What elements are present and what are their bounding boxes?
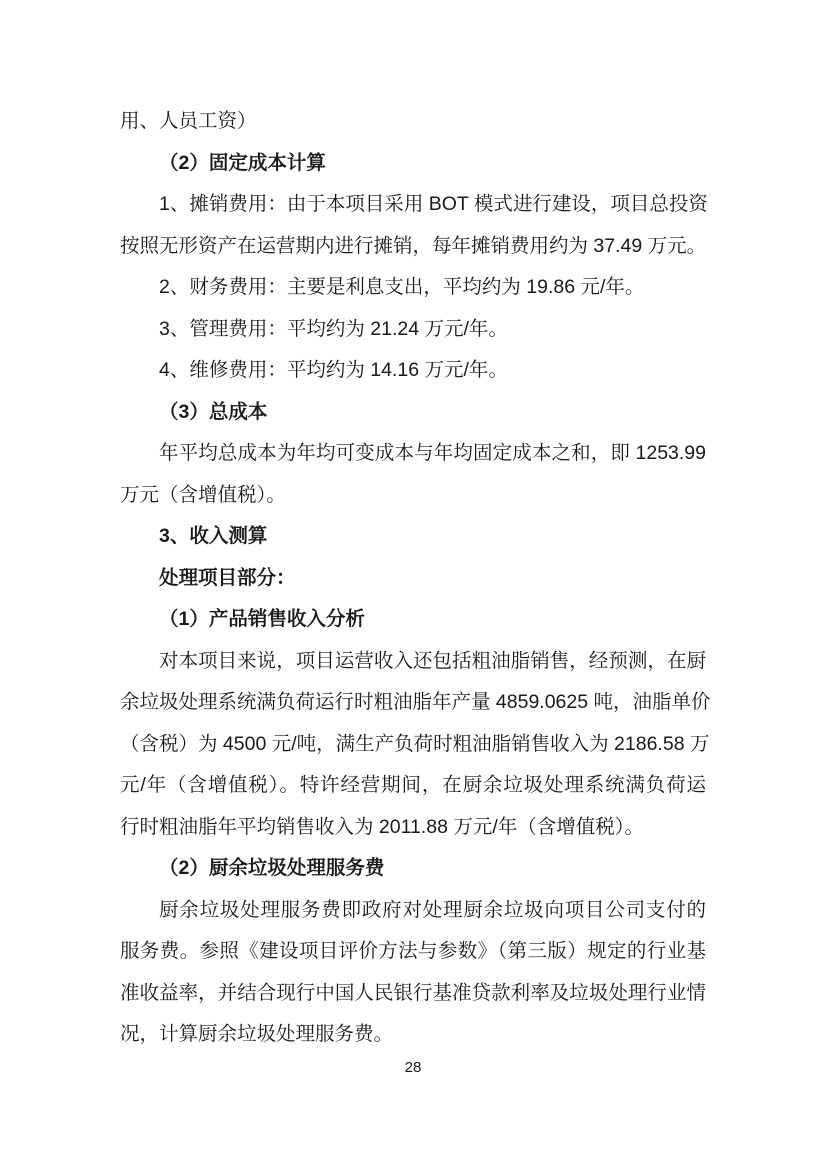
heading-line: 3、收入测算 <box>120 516 706 558</box>
body-line: 厨余垃圾处理服务费即政府对处理厨余垃圾向项目公司支付的 <box>120 890 706 932</box>
body-line: 对本项目来说，项目运营收入还包括粗油脂销售，经预测，在厨 <box>120 641 706 683</box>
body-line: 况，计算厨余垃圾处理服务费。 <box>120 1014 706 1056</box>
body-line: 准收益率，并结合现行中国人民银行基准贷款利率及垃圾处理行业情 <box>120 973 706 1015</box>
body-line: 服务费。参照《建设项目评价方法与参数》（第三版）规定的行业基 <box>120 931 706 973</box>
document-content: 用、人员工资）（2）固定成本计算1、摊销费用：由于本项目采用 BOT 模式进行建… <box>120 101 706 1056</box>
body-line: （含税）为 4500 元/吨，满生产负荷时粗油脂销售收入为 2186.58 万 <box>120 724 706 766</box>
heading-line: 处理项目部分： <box>120 558 706 600</box>
body-line: 元/年（含增值税）。特许经营期间，在厨余垃圾处理系统满负荷运 <box>120 765 706 807</box>
body-line: 万元（含增值税）。 <box>120 475 706 517</box>
body-line: 按照无形资产在运营期内进行摊销，每年摊销费用约为 37.49 万元。 <box>120 226 706 268</box>
heading-line: （2）厨余垃圾处理服务费 <box>120 848 706 890</box>
document-page: 用、人员工资）（2）固定成本计算1、摊销费用：由于本项目采用 BOT 模式进行建… <box>0 0 826 1169</box>
body-line: 3、管理费用：平均约为 21.24 万元/年。 <box>120 309 706 351</box>
body-line: 余垃圾处理系统满负荷运行时粗油脂年产量 4859.0625 吨，油脂单价 <box>120 682 706 724</box>
body-line: 年平均总成本为年均可变成本与年均固定成本之和，即 1253.99 <box>120 433 706 475</box>
body-line: 1、摊销费用：由于本项目采用 BOT 模式进行建设，项目总投资 <box>120 184 706 226</box>
page-number: 28 <box>0 1058 826 1078</box>
body-line: 用、人员工资） <box>120 101 706 143</box>
heading-line: （3）总成本 <box>120 392 706 434</box>
heading-line: （2）固定成本计算 <box>120 143 706 185</box>
heading-line: （1）产品销售收入分析 <box>120 599 706 641</box>
body-line: 行时粗油脂年平均销售收入为 2011.88 万元/年（含增值税）。 <box>120 807 706 849</box>
body-line: 4、维修费用：平均约为 14.16 万元/年。 <box>120 350 706 392</box>
body-line: 2、财务费用：主要是利息支出，平均约为 19.86 元/年。 <box>120 267 706 309</box>
